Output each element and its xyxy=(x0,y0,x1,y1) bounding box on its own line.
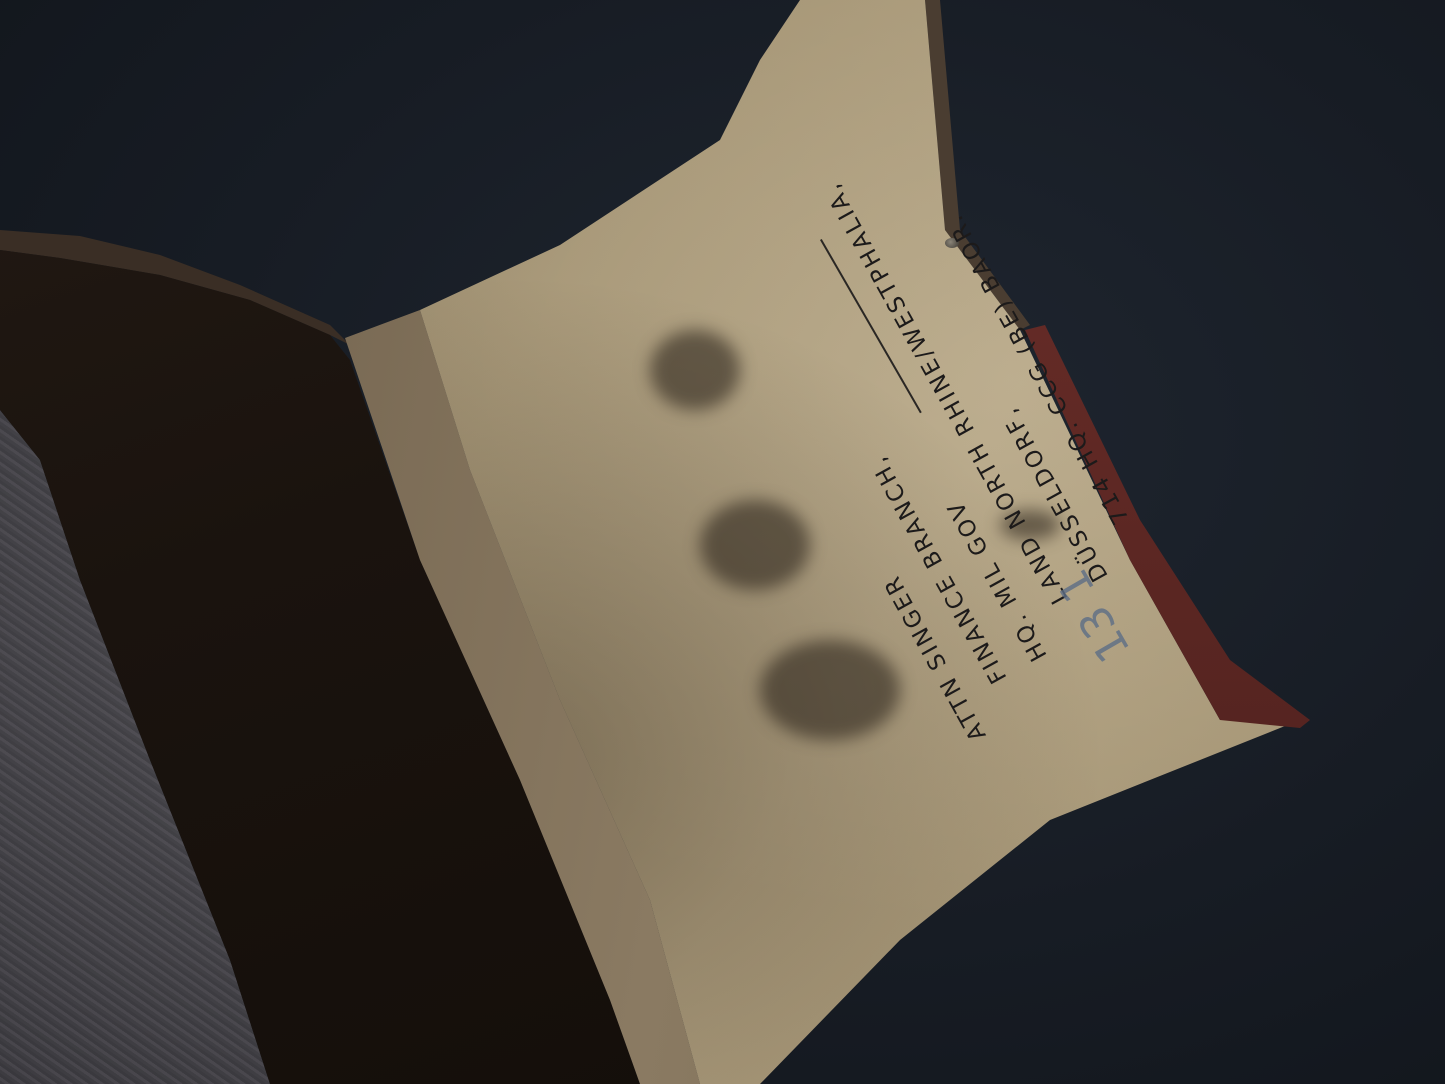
ink-stain xyxy=(760,640,900,740)
ink-stain xyxy=(700,500,810,590)
ink-stain xyxy=(650,330,740,410)
